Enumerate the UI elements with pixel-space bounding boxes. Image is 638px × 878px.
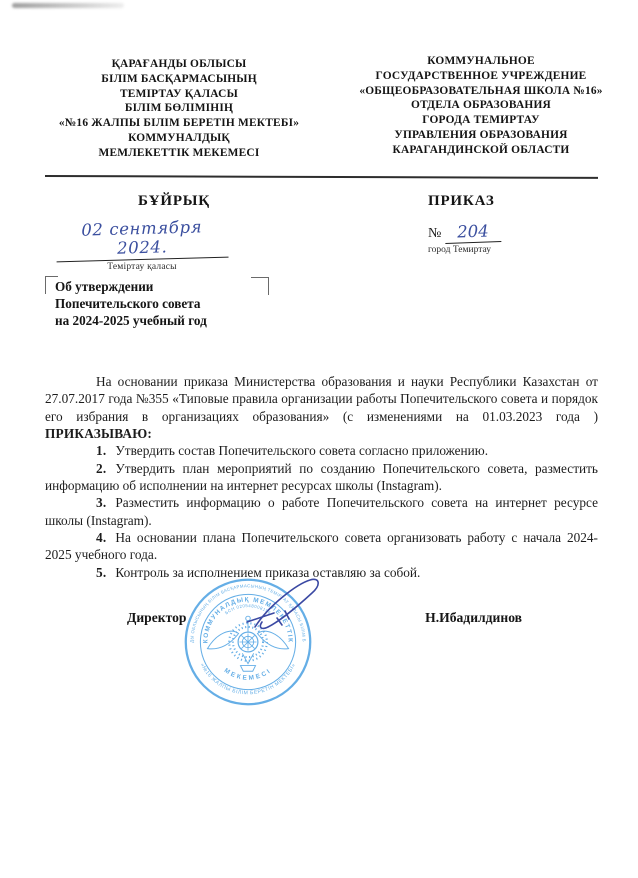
stamp-inner-bottom-text: МЕКЕМЕСІ xyxy=(223,667,273,682)
letterhead-line: БІЛІМ БӨЛІМІНІҢ xyxy=(46,101,312,116)
letterhead-line: КОММУНАЛДЫҚ xyxy=(46,131,312,146)
letterhead-line: ТЕМІРТАУ ҚАЛАСЫ xyxy=(46,87,312,102)
handwritten-date: 02 сентября 2024. xyxy=(55,217,228,263)
letterhead-line: ОТДЕЛА ОБРАЗОВАНИЯ xyxy=(350,98,612,113)
subject-line: Попечительского совета xyxy=(55,295,287,312)
number-sign: № xyxy=(428,226,441,241)
scan-smudge-artifact xyxy=(12,3,124,8)
order-title-kazakh: БҰЙРЫҚ xyxy=(138,193,210,210)
date-place-caption: Теміртау қаласы xyxy=(56,262,228,272)
subject-line: на 2024-2025 учебный год xyxy=(55,312,287,329)
subject-line: Об утверждении xyxy=(55,278,287,295)
order-item: 3.Разместить информацию о работе Попечит… xyxy=(45,494,598,529)
item-text: Утвердить план мероприятий по созданию П… xyxy=(45,461,598,493)
order-subject: Об утверждении Попечительского совета на… xyxy=(55,278,287,329)
item-text: Утвердить состав Попечительского совета … xyxy=(115,443,488,458)
letterhead-line: МЕМЛЕКЕТТІК МЕКЕМЕСІ xyxy=(46,146,312,161)
letterhead-line: «ОБЩЕОБРАЗОВАТЕЛЬНАЯ ШКОЛА №16» xyxy=(350,84,612,99)
number-place-caption: город Темиртау xyxy=(428,245,501,255)
letterhead-line: КОММУНАЛЬНОЕ xyxy=(350,54,612,69)
letterhead-line: «№16 ЖАЛПЫ БІЛІМ БЕРЕТІН МЕКТЕБІ» xyxy=(46,116,312,131)
item-number: 3. xyxy=(96,495,106,510)
letterhead-line: УПРАВЛЕНИЯ ОБРАЗОВАНИЯ xyxy=(350,128,612,143)
order-date-block: 02 сентября 2024. Теміртау қаласы xyxy=(56,219,228,272)
signer-name: Н.Ибадилдинов xyxy=(425,610,522,626)
letterhead-kazakh: ҚАРАҒАНДЫ ОБЛЫСЫ БІЛІМ БАСҚАРМАСЫНЫҢ ТЕМ… xyxy=(46,57,312,161)
item-number: 1. xyxy=(96,443,106,458)
directive-word: ПРИКАЗЫВАЮ: xyxy=(45,426,152,441)
director-autograph xyxy=(243,577,343,641)
order-item: 1.Утвердить состав Попечительского совет… xyxy=(45,442,598,459)
order-number-block: №204 город Темиртау xyxy=(428,222,501,255)
intro-paragraph: На основании приказа Министерства образо… xyxy=(45,373,598,442)
order-item: 2.Утвердить план мероприятий по созданию… xyxy=(45,460,598,495)
item-number: 2. xyxy=(96,461,106,476)
signer-role: Директор xyxy=(127,610,186,626)
letterhead-line: ГОСУДАРСТВЕННОЕ УЧРЕЖДЕНИЕ xyxy=(350,69,612,84)
header-divider-line xyxy=(45,175,598,179)
item-text: На основании плана Попечительского совет… xyxy=(45,530,598,562)
letterhead-line: БІЛІМ БАСҚАРМАСЫНЫҢ xyxy=(46,72,312,87)
intro-text: На основании приказа Министерства образо… xyxy=(45,374,598,424)
item-number: 5. xyxy=(96,565,106,580)
letterhead-russian: КОММУНАЛЬНОЕ ГОСУДАРСТВЕННОЕ УЧРЕЖДЕНИЕ … xyxy=(350,54,612,158)
order-title-russian: ПРИКАЗ xyxy=(428,193,495,210)
order-body: На основании приказа Министерства образо… xyxy=(45,373,598,581)
letterhead-line: ГОРОДА ТЕМИРТАУ xyxy=(350,113,612,128)
item-number: 4. xyxy=(96,530,106,545)
letterhead-line: ҚАРАҒАНДЫ ОБЛЫСЫ xyxy=(46,57,312,72)
order-item: 4.На основании плана Попечительского сов… xyxy=(45,529,598,564)
letterhead-line: КАРАГАНДИНСКОЙ ОБЛАСТИ xyxy=(350,143,612,158)
handwritten-order-number: 204 xyxy=(445,221,502,244)
scanned-order-document: ҚАРАҒАНДЫ ОБЛЫСЫ БІЛІМ БАСҚАРМАСЫНЫҢ ТЕМ… xyxy=(0,0,638,878)
item-text: Разместить информацию о работе Попечител… xyxy=(45,495,598,527)
